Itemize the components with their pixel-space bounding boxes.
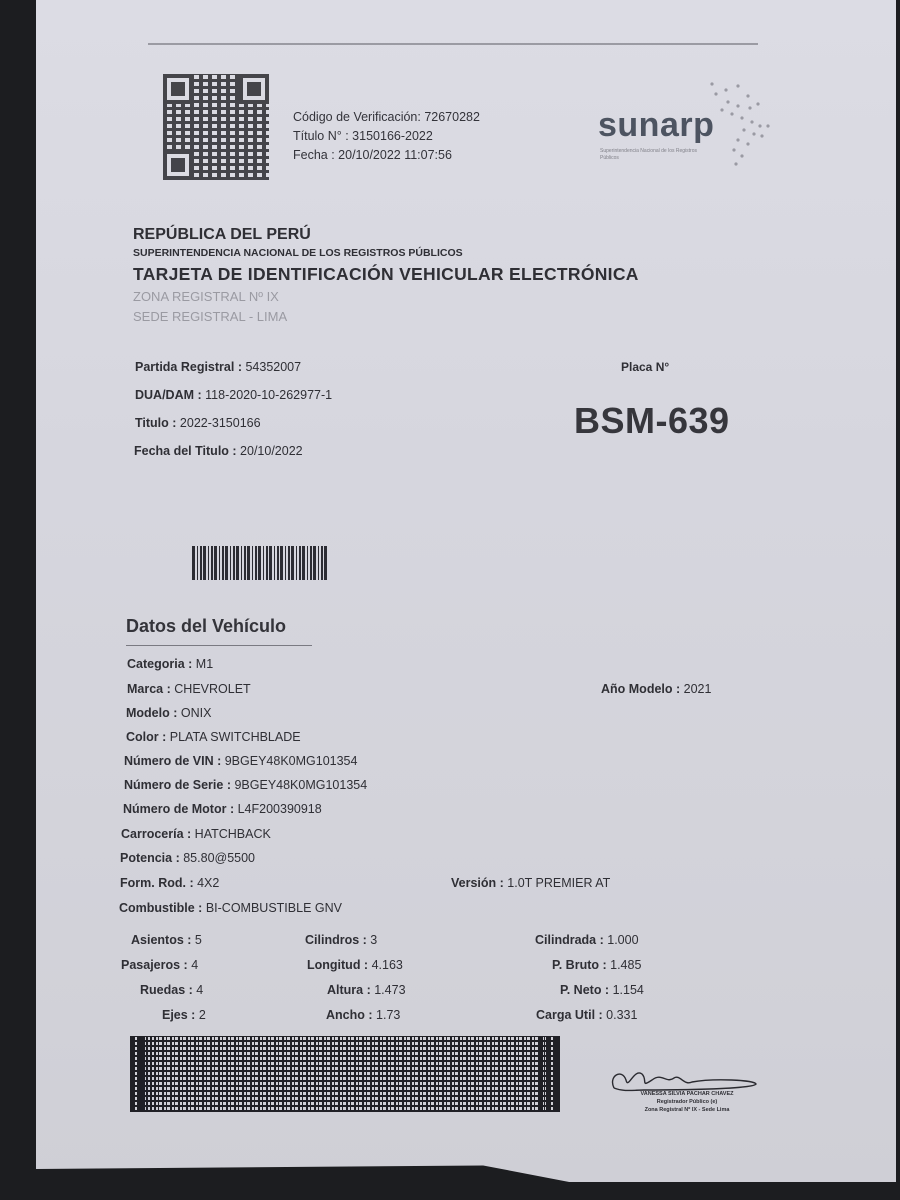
ejes-label: Ejes : <box>162 1008 195 1022</box>
longitud-value: 4.163 <box>372 958 403 972</box>
dua-value: 118-2020-10-262977-1 <box>205 388 332 402</box>
logo-subtitle: Superintendencia Nacional de los Registr… <box>600 148 710 162</box>
fecha-titulo-field: Fecha del Titulo : 20/10/2022 <box>134 444 303 458</box>
vin-label: Número de VIN : <box>124 754 221 768</box>
ancho-value: 1.73 <box>376 1008 400 1022</box>
color-value: PLATA SWITCHBLADE <box>170 730 301 744</box>
top-divider <box>148 43 758 45</box>
potencia-value: 85.80@5500 <box>183 851 255 865</box>
carroceria-field: Carrocería : HATCHBACK <box>121 827 271 841</box>
serie-label: Número de Serie : <box>124 778 231 792</box>
partida-field: Partida Registral : 54352007 <box>135 360 301 374</box>
partida-label: Partida Registral : <box>135 360 242 374</box>
signatory-role: Registrador Público (e) <box>617 1098 757 1106</box>
longitud-label: Longitud : <box>307 958 368 972</box>
cilindrada-value: 1.000 <box>607 933 638 947</box>
anio-label: Año Modelo : <box>601 682 680 696</box>
modelo-value: ONIX <box>181 706 212 720</box>
ejes-value: 2 <box>199 1008 206 1022</box>
plate-number: BSM-639 <box>574 400 730 442</box>
altura-value: 1.473 <box>374 983 405 997</box>
signatory-name: VANESSA SILVIA PACHAR CHAVEZ <box>617 1090 757 1098</box>
altura-field: Altura : 1.473 <box>327 983 406 997</box>
modelo-field: Modelo : ONIX <box>126 706 211 720</box>
qr-code-icon <box>163 74 269 180</box>
signatory-office: Zona Registral Nº IX - Sede Lima <box>617 1106 757 1114</box>
version-label: Versión : <box>451 876 504 890</box>
office-label: SEDE REGISTRAL - LIMA <box>133 309 287 324</box>
pbruto-value: 1.485 <box>610 958 641 972</box>
motor-label: Número de Motor : <box>123 802 234 816</box>
color-label: Color : <box>126 730 166 744</box>
cilindros-field: Cilindros : 3 <box>305 933 377 947</box>
pasajeros-field: Pasajeros : 4 <box>121 958 198 972</box>
section-divider <box>126 645 312 646</box>
categoria-label: Categoria : <box>127 657 192 671</box>
partida-value: 54352007 <box>245 360 301 374</box>
vin-value: 9BGEY48K0MG101354 <box>225 754 358 768</box>
longitud-field: Longitud : 4.163 <box>307 958 403 972</box>
pbruto-field: P. Bruto : 1.485 <box>552 958 641 972</box>
color-field: Color : PLATA SWITCHBLADE <box>126 730 301 744</box>
ancho-label: Ancho : <box>326 1008 373 1022</box>
cilindrada-field: Cilindrada : 1.000 <box>535 933 639 947</box>
asientos-field: Asientos : 5 <box>131 933 202 947</box>
issue-date: Fecha : 20/10/2022 11:07:56 <box>293 146 480 165</box>
combustible-value: BI-COMBUSTIBLE GNV <box>206 901 342 915</box>
vehicle-section-title: Datos del Vehículo <box>126 616 286 637</box>
plate-label: Placa N° <box>621 360 669 374</box>
carroceria-value: HATCHBACK <box>195 827 271 841</box>
qr-finder-icon <box>163 74 193 104</box>
combustible-label: Combustible : <box>119 901 202 915</box>
document-title: TARJETA DE IDENTIFICACIÓN VEHICULAR ELEC… <box>133 264 639 285</box>
categoria-value: M1 <box>196 657 213 671</box>
pasajeros-value: 4 <box>191 958 198 972</box>
titulo-label: Titulo : <box>135 416 176 430</box>
formrod-label: Form. Rod. : <box>120 876 194 890</box>
titulo-value: 2022-3150166 <box>180 416 261 430</box>
titulo-field: Titulo : 2022-3150166 <box>135 416 261 430</box>
cilindros-label: Cilindros : <box>305 933 367 947</box>
signatory-block: VANESSA SILVIA PACHAR CHAVEZ Registrador… <box>617 1090 757 1114</box>
pneto-value: 1.154 <box>613 983 644 997</box>
serie-value: 9BGEY48K0MG101354 <box>234 778 367 792</box>
pneto-label: P. Neto : <box>560 983 609 997</box>
anio-value: 2021 <box>684 682 712 696</box>
marca-label: Marca : <box>127 682 171 696</box>
zone-label: ZONA REGISTRAL Nº IX <box>133 289 279 304</box>
verification-code: Código de Verificación: 72670282 <box>293 108 480 127</box>
agency-heading: SUPERINTENDENCIA NACIONAL DE LOS REGISTR… <box>133 247 463 259</box>
cilindros-value: 3 <box>370 933 377 947</box>
ruedas-field: Ruedas : 4 <box>140 983 203 997</box>
logo-wordmark: sunarp <box>598 106 714 145</box>
pbruto-label: P. Bruto : <box>552 958 607 972</box>
qr-finder-icon <box>239 74 269 104</box>
cargautil-value: 0.331 <box>606 1008 637 1022</box>
dua-field: DUA/DAM : 118-2020-10-262977-1 <box>135 388 332 402</box>
marca-value: CHEVROLET <box>174 682 250 696</box>
barcode-icon <box>192 546 328 580</box>
title-number: Título N° : 3150166-2022 <box>293 127 480 146</box>
country-heading: REPÚBLICA DEL PERÚ <box>133 226 311 244</box>
vin-field: Número de VIN : 9BGEY48K0MG101354 <box>124 754 357 768</box>
version-value: 1.0T PREMIER AT <box>507 876 610 890</box>
asientos-value: 5 <box>195 933 202 947</box>
ancho-field: Ancho : 1.73 <box>326 1008 400 1022</box>
dua-label: DUA/DAM : <box>135 388 202 402</box>
altura-label: Altura : <box>327 983 371 997</box>
cargautil-field: Carga Util : 0.331 <box>536 1008 637 1022</box>
serie-field: Número de Serie : 9BGEY48K0MG101354 <box>124 778 367 792</box>
carroceria-label: Carrocería : <box>121 827 191 841</box>
anio-field: Año Modelo : 2021 <box>601 682 711 696</box>
formrod-field: Form. Rod. : 4X2 <box>120 876 219 890</box>
pneto-field: P. Neto : 1.154 <box>560 983 644 997</box>
verification-block: Código de Verificación: 72670282 Título … <box>293 108 480 165</box>
marca-field: Marca : CHEVROLET <box>127 682 251 696</box>
potencia-field: Potencia : 85.80@5500 <box>120 851 255 865</box>
potencia-label: Potencia : <box>120 851 180 865</box>
ejes-field: Ejes : 2 <box>162 1008 206 1022</box>
modelo-label: Modelo : <box>126 706 177 720</box>
cargautil-label: Carga Util : <box>536 1008 603 1022</box>
fecha-titulo-value: 20/10/2022 <box>240 444 303 458</box>
formrod-value: 4X2 <box>197 876 219 890</box>
motor-field: Número de Motor : L4F200390918 <box>123 802 322 816</box>
ruedas-value: 4 <box>196 983 203 997</box>
qr-finder-icon <box>163 150 193 180</box>
pdf417-barcode-icon <box>130 1036 560 1112</box>
sunarp-logo: sunarp Superintendencia Nacional de los … <box>598 80 778 180</box>
combustible-field: Combustible : BI-COMBUSTIBLE GNV <box>119 901 342 915</box>
motor-value: L4F200390918 <box>238 802 322 816</box>
cilindrada-label: Cilindrada : <box>535 933 604 947</box>
fecha-titulo-label: Fecha del Titulo : <box>134 444 237 458</box>
version-field: Versión : 1.0T PREMIER AT <box>451 876 610 890</box>
categoria-field: Categoria : M1 <box>127 657 213 671</box>
asientos-label: Asientos : <box>131 933 191 947</box>
ruedas-label: Ruedas : <box>140 983 193 997</box>
pasajeros-label: Pasajeros : <box>121 958 188 972</box>
